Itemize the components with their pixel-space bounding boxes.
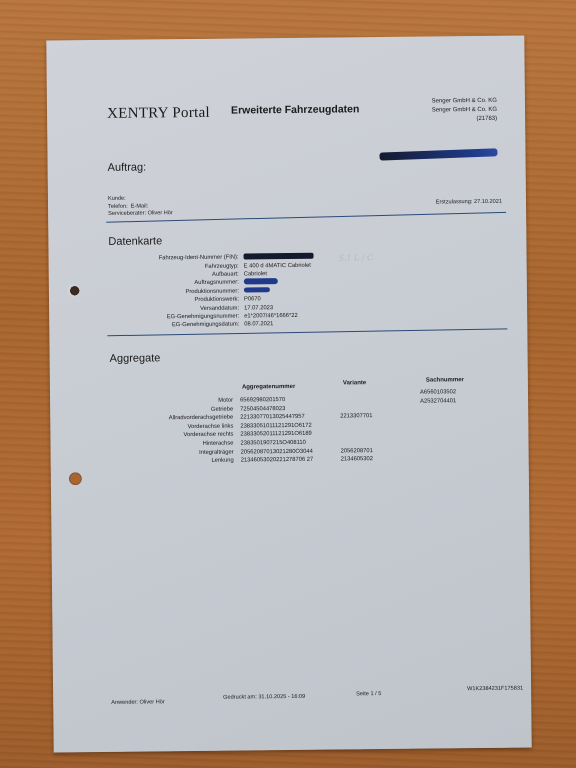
- redacted-auftragsnummer: [244, 278, 278, 284]
- printed-document: XENTRY Portal Erweiterte Fahrzeugdaten S…: [46, 36, 531, 753]
- serviceberater: Serviceberater: Oliver Hör: [108, 210, 173, 218]
- redacted-order-number: [379, 148, 497, 160]
- company-address: Senger GmbH & Co. KG Senger GmbH & Co. K…: [432, 97, 498, 125]
- punch-hole-icon: [67, 284, 80, 297]
- telefon-label: Telefon:: [108, 203, 128, 209]
- datenkarte-fields: Fahrzeug-Ident-Nummer (FIN): Fahrzeugtyp…: [109, 252, 365, 330]
- column-header-sachnummer: Sachnummer: [426, 377, 464, 383]
- footer-fin: W1K2384231F175831: [467, 686, 523, 693]
- datenkarte-heading: Datenkarte: [108, 235, 162, 248]
- footer-page-number: Seite 1 / 5: [356, 691, 381, 697]
- handwritten-note: S.1 L / C: [339, 253, 374, 262]
- footer-anwender: Anwender: Oliver Hör: [111, 699, 165, 706]
- footer-printed-date: Gedruckt am: 31.10.2025 - 16:09: [223, 694, 305, 701]
- erstzulassung: Erstzulassung: 27.10.2021: [436, 199, 502, 207]
- field-label: EG-Genehmigungsdatum:: [109, 320, 239, 329]
- document-title: Erweiterte Fahrzeugdaten: [231, 103, 359, 116]
- aggregate-number: 21346053020221278706 27: [241, 456, 341, 466]
- company-line: (21783): [432, 115, 497, 125]
- redacted-fin: [244, 253, 314, 260]
- section-divider: [107, 328, 507, 336]
- auftrag-heading: Auftrag:: [108, 161, 147, 173]
- email-label: E-Mail:: [131, 203, 148, 209]
- column-header-aggregatenummer: Aggregatenummer: [242, 384, 295, 391]
- auftrag-details: Kunde: Telefon: E-Mail: Serviceberater: …: [108, 195, 173, 218]
- punch-hole-icon: [69, 472, 82, 485]
- aggregate-heading: Aggregate: [110, 352, 161, 365]
- sachnummer: [421, 454, 481, 463]
- redacted-produktionsnummer: [244, 288, 270, 293]
- sachnummer: A2532704401: [420, 397, 480, 412]
- field-value: 08.07.2021: [244, 319, 364, 328]
- aggregate-table: Motor 65692980201570 A6560103502 Getrieb…: [108, 394, 481, 467]
- variante: 2134605302: [341, 455, 421, 464]
- brand-logo: XENTRY Portal: [107, 105, 210, 123]
- row-label: Lenkung: [109, 457, 241, 467]
- column-header-variante: Variante: [343, 380, 366, 386]
